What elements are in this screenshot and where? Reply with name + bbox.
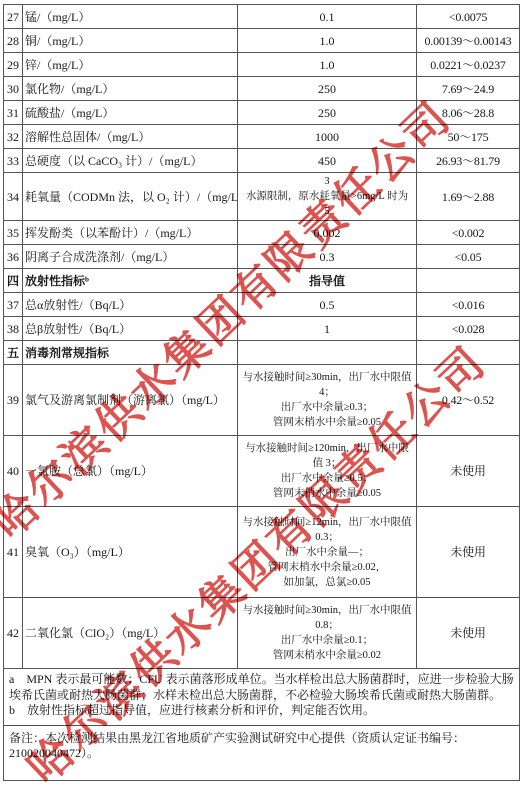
- item-cell: 锰/（mg/L）: [23, 5, 238, 29]
- item-cell: 放射性指标ᵇ: [23, 269, 238, 293]
- table-row: 四 放射性指标ᵇ 指导值: [4, 269, 520, 293]
- item-cell: 总硬度（以 CaCO₃ 计）/（mg/L）: [23, 149, 238, 173]
- value-cell: 未使用: [417, 507, 520, 598]
- table-row: 34 耗氧量（CODMn 法，以 O₂ 计）/（mg/L） 3 水源限制，原水耗…: [4, 173, 520, 221]
- row-number-cell: 27: [4, 5, 23, 29]
- row-number-cell: 30: [4, 77, 23, 101]
- footnote-text: 放射性指标超过指导值，应进行核素分析和评价，判定能否饮用。: [27, 703, 375, 717]
- water-quality-table: 27 锰/（mg/L） 0.1 <0.0075 28 铜/（mg/L） 1.0 …: [3, 4, 520, 781]
- footnote-b: b放射性指标超过指导值，应进行核素分析和评价，判定能否饮用。: [9, 703, 514, 719]
- item-cell: 硫酸盐/（mg/L）: [23, 101, 238, 125]
- limit-cell: 3 水源限制，原水耗氧量>6mg/L 时为 5: [238, 173, 417, 221]
- value-cell: <0.016: [417, 293, 520, 317]
- row-number-cell: 39: [4, 365, 23, 436]
- remark-row: 备注：本次检测结果由黑龙江省地质矿产实验测试研究中心提供（资质认定证书编号：21…: [4, 726, 520, 781]
- item-cell: 阴离子合成洗涤剂/（mg/L）: [23, 245, 238, 269]
- remark-cell: 备注：本次检测结果由黑龙江省地质矿产实验测试研究中心提供（资质认定证书编号：21…: [4, 726, 520, 781]
- row-number-cell: 28: [4, 29, 23, 53]
- footnotes-row: aMPN 表示最可能数；CFU 表示菌落形成单位。当水样检出总大肠菌群时，应进一…: [4, 669, 520, 726]
- item-cell: 溶解性总固体/（mg/L）: [23, 125, 238, 149]
- table-row: 40 一氯胺（总氯）（mg/L） 与水接触时间≥120min，出厂水中限 值 3…: [4, 436, 520, 507]
- row-number-cell: 40: [4, 436, 23, 507]
- row-number-cell: 31: [4, 101, 23, 125]
- limit-cell: 与水接触时间≥12min，出厂水中限值 0.3； 出厂水中余量—； 管网末梢水中…: [238, 507, 417, 598]
- row-number-cell: 33: [4, 149, 23, 173]
- row-number-cell: 35: [4, 221, 23, 245]
- value-cell: 1.69～2.88: [417, 173, 520, 221]
- item-cell: 氯气及游离氯制剂（游离氯）（mg/L）: [23, 365, 238, 436]
- item-cell: 二氧化氯（ClO₂）（mg/L）: [23, 598, 238, 669]
- value-cell: 未使用: [417, 436, 520, 507]
- limit-cell: 0.5: [238, 293, 417, 317]
- row-number-cell: 34: [4, 173, 23, 221]
- row-number-cell: 29: [4, 53, 23, 77]
- value-cell: 0.42～0.52: [417, 365, 520, 436]
- table-row: 41 臭氧（O₃）（mg/L） 与水接触时间≥12min，出厂水中限值 0.3；…: [4, 507, 520, 598]
- limit-cell: 1: [238, 317, 417, 341]
- item-cell: 耗氧量（CODMn 法，以 O₂ 计）/（mg/L）: [23, 173, 238, 221]
- value-cell: 8.06～28.8: [417, 101, 520, 125]
- row-number-cell: 41: [4, 507, 23, 598]
- value-cell: <0.028: [417, 317, 520, 341]
- limit-cell: 与水接触时间≥120min，出厂水中限 值 3； 出厂水中余量≥0.5； 管网末…: [238, 436, 417, 507]
- value-cell: <0.05: [417, 245, 520, 269]
- limit-cell: 1.0: [238, 53, 417, 77]
- table-row: 29 锌/（mg/L） 1.0 0.0221～0.0237: [4, 53, 520, 77]
- limit-cell: 0.3: [238, 245, 417, 269]
- notes-table-body: aMPN 表示最可能数；CFU 表示菌落形成单位。当水样检出总大肠菌群时，应进一…: [4, 669, 520, 781]
- value-cell: <0.002: [417, 221, 520, 245]
- row-number-cell: 36: [4, 245, 23, 269]
- table-row: 27 锰/（mg/L） 0.1 <0.0075: [4, 5, 520, 29]
- limit-cell: [238, 341, 417, 365]
- table-row: 38 总β放射性/（Bq/L） 1 <0.028: [4, 317, 520, 341]
- report-page: 27 锰/（mg/L） 0.1 <0.0075 28 铜/（mg/L） 1.0 …: [0, 0, 522, 800]
- footnote-text: MPN 表示最可能数；CFU 表示菌落形成单位。当水样检出总大肠菌群时，应进一步…: [9, 672, 514, 702]
- limit-cell: 指导值: [238, 269, 417, 293]
- limit-cell: 450: [238, 149, 417, 173]
- value-cell: [417, 341, 520, 365]
- limit-cell: 与水接触时间≥30min，出厂水中限值 0.8； 出厂水中余量≥0.1； 管网末…: [238, 598, 417, 669]
- limit-cell: 250: [238, 77, 417, 101]
- item-cell: 氯化物/（mg/L）: [23, 77, 238, 101]
- table-row: 37 总α放射性/（Bq/L） 0.5 <0.016: [4, 293, 520, 317]
- item-cell: 铜/（mg/L）: [23, 29, 238, 53]
- value-cell: 50～175: [417, 125, 520, 149]
- limit-cell: 1000: [238, 125, 417, 149]
- item-cell: 臭氧（O₃）（mg/L）: [23, 507, 238, 598]
- row-number-cell: 42: [4, 598, 23, 669]
- limit-cell: 250: [238, 101, 417, 125]
- row-number-cell: 37: [4, 293, 23, 317]
- row-number-cell: 38: [4, 317, 23, 341]
- table-row: 32 溶解性总固体/（mg/L） 1000 50～175: [4, 125, 520, 149]
- table-row: 31 硫酸盐/（mg/L） 250 8.06～28.8: [4, 101, 520, 125]
- table-row: 36 阴离子合成洗涤剂/（mg/L） 0.3 <0.05: [4, 245, 520, 269]
- table-row: 30 氯化物/（mg/L） 250 7.69～24.9: [4, 77, 520, 101]
- row-number-cell: 五: [4, 341, 23, 365]
- table-row: 42 二氧化氯（ClO₂）（mg/L） 与水接触时间≥30min，出厂水中限值 …: [4, 598, 520, 669]
- value-cell: 7.69～24.9: [417, 77, 520, 101]
- limit-cell: 与水接触时间≥30min，出厂水中限值 4； 出厂水中余量≥0.3； 管网末梢水…: [238, 365, 417, 436]
- table-row: 39 氯气及游离氯制剂（游离氯）（mg/L） 与水接触时间≥30min，出厂水中…: [4, 365, 520, 436]
- footnote-label: b: [9, 703, 15, 717]
- item-cell: 总β放射性/（Bq/L）: [23, 317, 238, 341]
- value-cell: 未使用: [417, 598, 520, 669]
- item-cell: 挥发酚类（以苯酚计）/（mg/L）: [23, 221, 238, 245]
- row-number-cell: 32: [4, 125, 23, 149]
- item-cell: 一氯胺（总氯）（mg/L）: [23, 436, 238, 507]
- item-cell: 总α放射性/（Bq/L）: [23, 293, 238, 317]
- footnotes-cell: aMPN 表示最可能数；CFU 表示菌落形成单位。当水样检出总大肠菌群时，应进一…: [4, 669, 520, 726]
- table-row: 28 铜/（mg/L） 1.0 0.00139～0.00143: [4, 29, 520, 53]
- footnote-a: aMPN 表示最可能数；CFU 表示菌落形成单位。当水样检出总大肠菌群时，应进一…: [9, 672, 514, 703]
- value-cell: <0.0075: [417, 5, 520, 29]
- limit-cell: 0.1: [238, 5, 417, 29]
- limit-cell: 0.002: [238, 221, 417, 245]
- value-cell: [417, 269, 520, 293]
- table-row: 五 消毒剂常规指标: [4, 341, 520, 365]
- value-cell: 0.00139～0.00143: [417, 29, 520, 53]
- value-cell: 26.93～81.79: [417, 149, 520, 173]
- footnote-label: a: [9, 672, 14, 686]
- results-table-body: 27 锰/（mg/L） 0.1 <0.0075 28 铜/（mg/L） 1.0 …: [4, 5, 520, 669]
- table-row: 35 挥发酚类（以苯酚计）/（mg/L） 0.002 <0.002: [4, 221, 520, 245]
- table-row: 33 总硬度（以 CaCO₃ 计）/（mg/L） 450 26.93～81.79: [4, 149, 520, 173]
- row-number-cell: 四: [4, 269, 23, 293]
- value-cell: 0.0221～0.0237: [417, 53, 520, 77]
- limit-cell: 1.0: [238, 29, 417, 53]
- item-cell: 锌/（mg/L）: [23, 53, 238, 77]
- item-cell: 消毒剂常规指标: [23, 341, 238, 365]
